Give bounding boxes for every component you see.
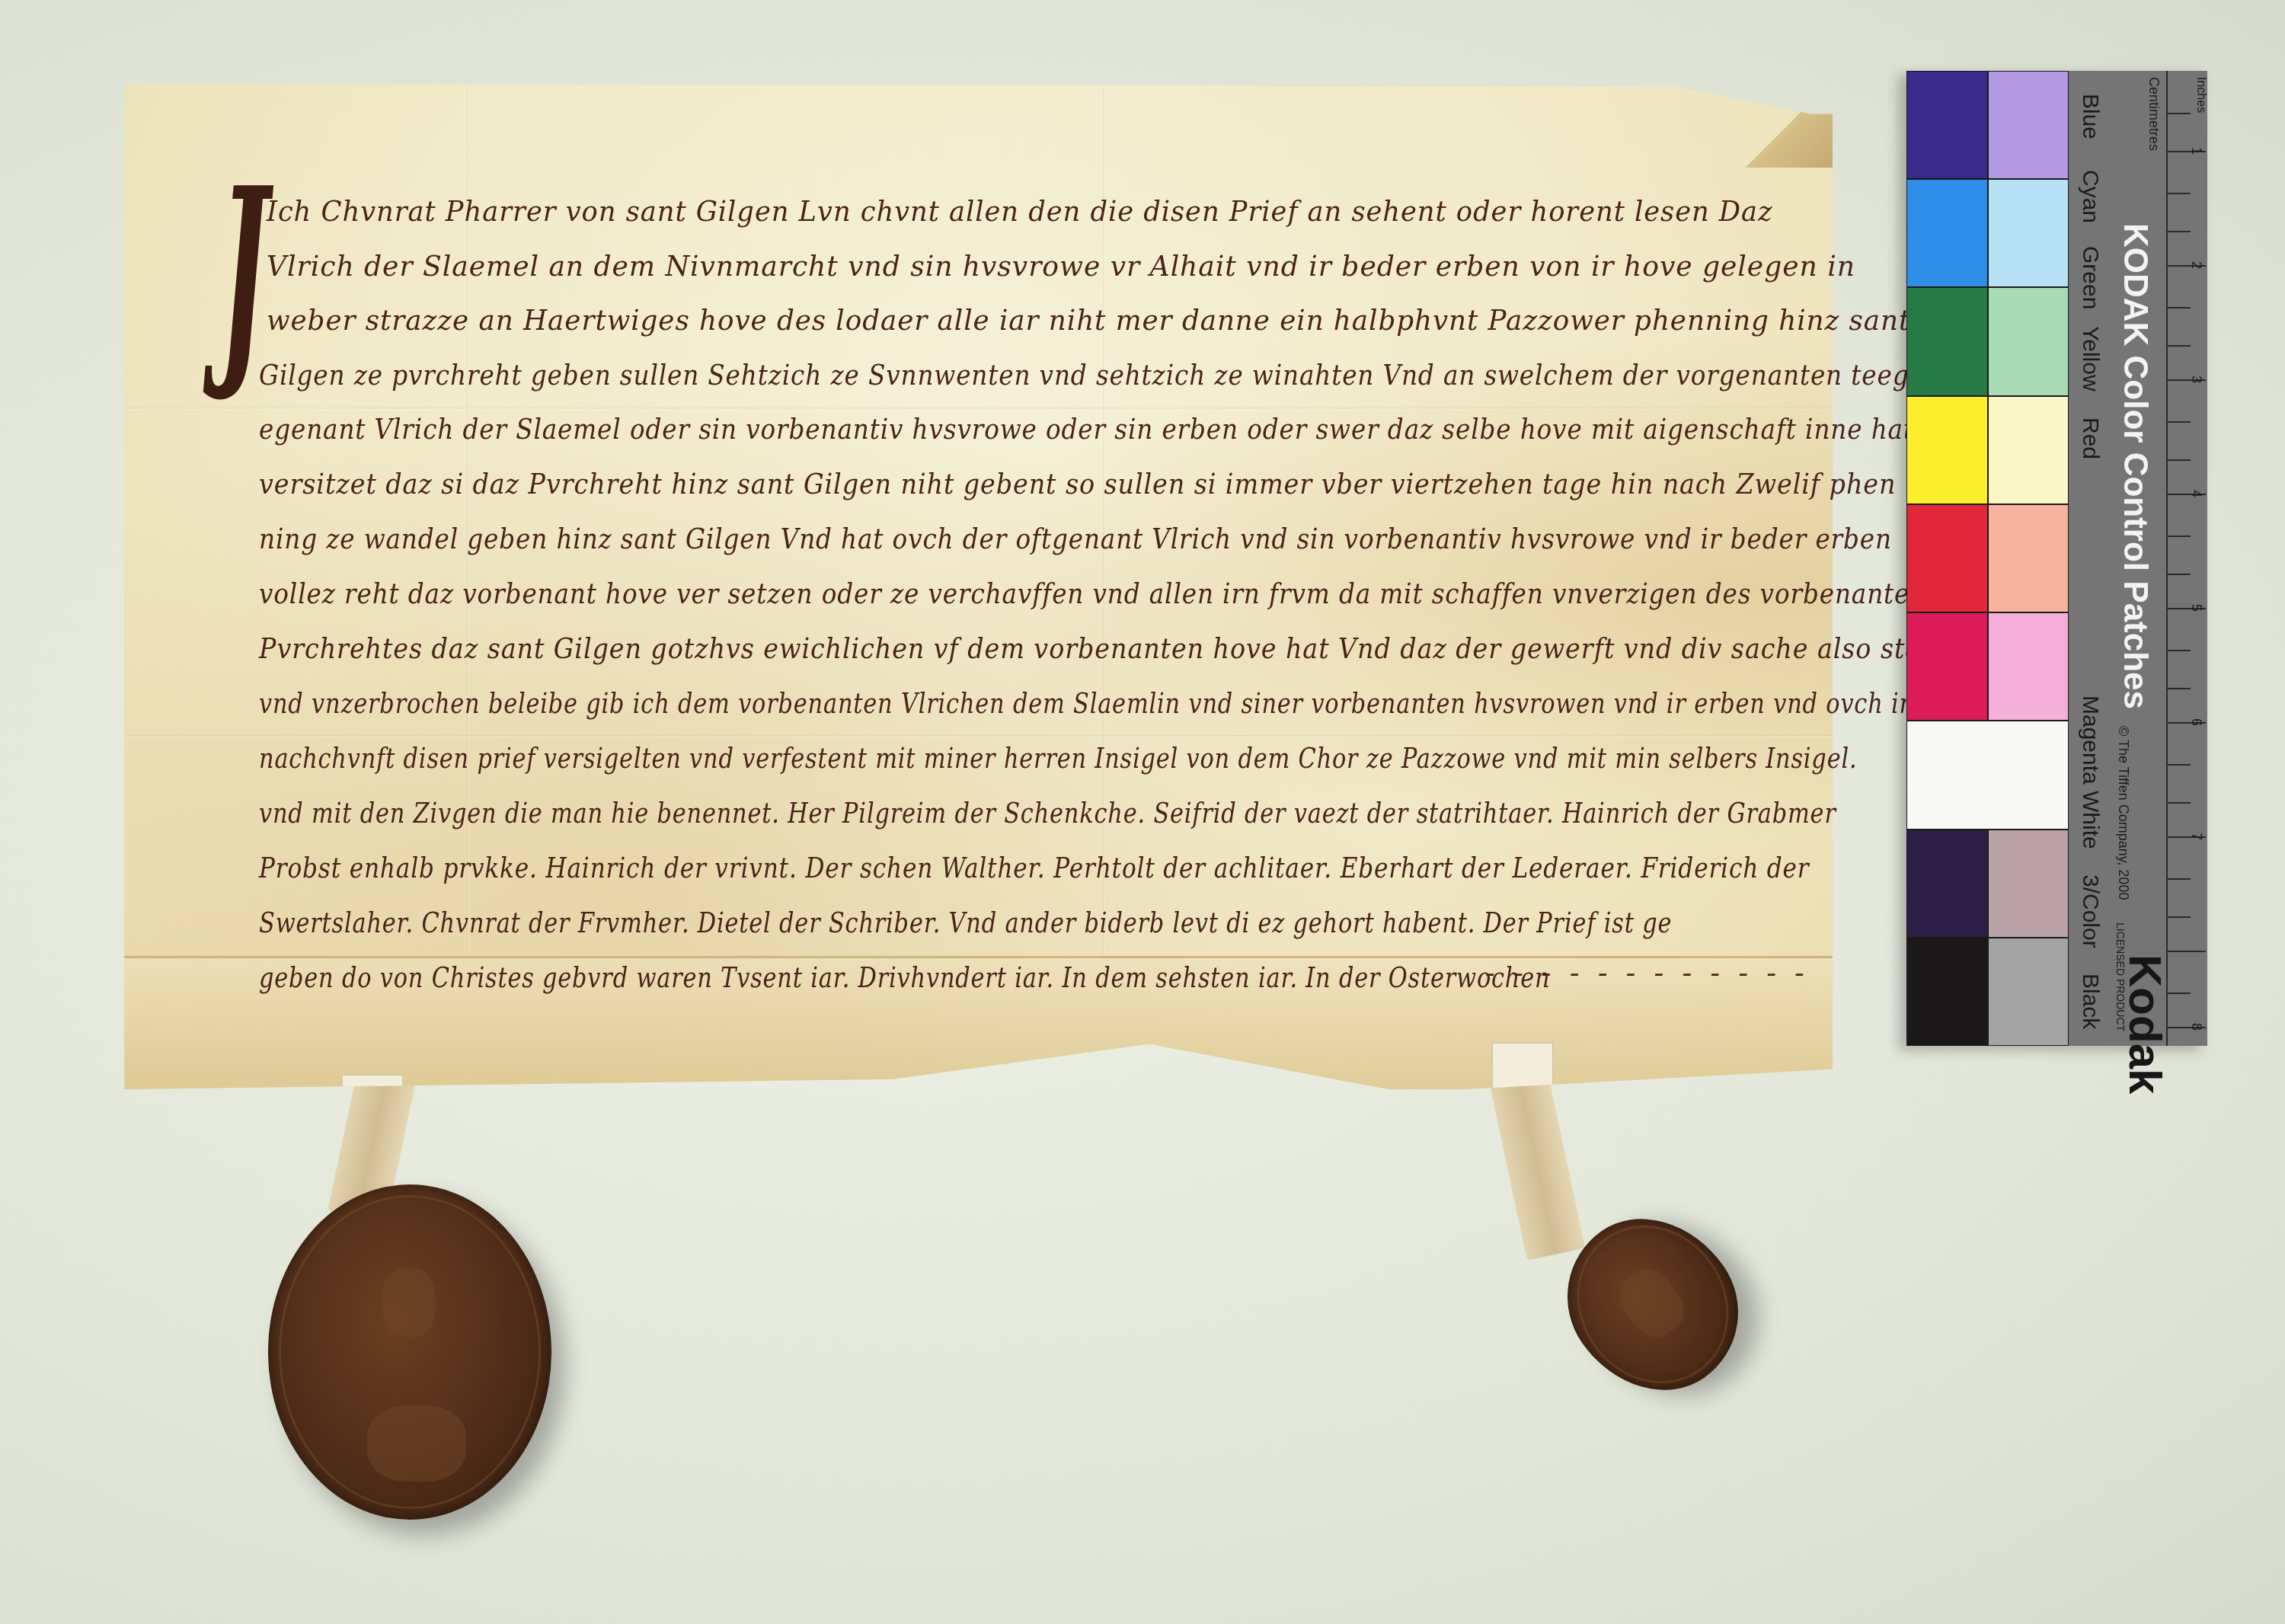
patch-blue-dark <box>1906 71 1988 179</box>
text-line: vnd vnzerbrochen beleibe gib ich dem vor… <box>259 689 1911 718</box>
patch-green-dark <box>1906 287 1988 395</box>
text-line: vnd mit den Zivgen die man hie benennet.… <box>259 798 1836 827</box>
text-line: versitzet daz si daz Pvrchreht hinz sant… <box>259 469 1896 498</box>
inch-mark-5: 5 <box>2188 604 2204 612</box>
wax-seal-left <box>268 1184 551 1520</box>
kodak-licensed: LICENSED PRODUCT <box>2114 922 2127 1031</box>
text-line: nachchvnft disen prief versigelten vnd v… <box>259 743 1857 772</box>
inch-mark-3: 3 <box>2188 376 2204 383</box>
label-cyan: Cyan <box>2077 170 2103 223</box>
text-line: vollez reht daz vorbenant hove ver setze… <box>259 579 1926 608</box>
text-line: egenant Vlrich der Slaemel oder sin vorb… <box>259 414 1914 443</box>
patch-red-dark <box>1906 504 1988 612</box>
text-line: Pvrchrehtes daz sant Gilgen gotzhvs ewic… <box>259 634 1948 663</box>
units-centimetres: Centimetres <box>2146 77 2162 151</box>
ruler-strip: KODAK Color Control Patches © The Tiffen… <box>2069 71 2207 1046</box>
patch-green-light <box>1988 287 2069 395</box>
fold-line <box>124 408 1833 410</box>
inch-mark-4: 4 <box>2188 490 2204 497</box>
patch-3color-light <box>1988 830 2069 938</box>
label-3color: 3/Color <box>2077 874 2103 948</box>
text-line: weber strazze an Haertwiges hove des lod… <box>267 305 1910 334</box>
label-green: Green <box>2077 246 2103 309</box>
decorated-initial: J <box>219 169 268 375</box>
inch-mark-6: 6 <box>2188 718 2204 726</box>
kodak-logo: Kodak <box>2119 954 2172 1094</box>
patch-black-dark <box>1906 938 1988 1046</box>
fold-line <box>124 735 1833 737</box>
color-patches <box>1906 71 2069 1046</box>
inch-mark-8: 8 <box>2188 1023 2204 1031</box>
patch-magenta-dark <box>1906 612 1988 721</box>
patch-white <box>1906 721 2069 829</box>
patch-yellow-light <box>1988 396 2069 504</box>
text-line: Vlrich der Slaemel an dem Nivnmarcht vnd… <box>267 251 1855 280</box>
patch-3color-dark <box>1906 830 1988 938</box>
label-white: White <box>2077 791 2103 849</box>
patch-blue-light <box>1988 71 2069 179</box>
label-black: Black <box>2077 973 2103 1029</box>
label-yellow: Yellow <box>2077 326 2103 392</box>
line-filler: - - - - - - - - - - - - <box>1485 958 1809 987</box>
chart-title: KODAK Color Control Patches <box>2116 223 2154 709</box>
ruler-ticks <box>2166 71 2209 1046</box>
text-line: ning ze wandel geben hinz sant Gilgen Vn… <box>259 524 1892 553</box>
kodak-color-chart: KODAK Color Control Patches © The Tiffen… <box>1906 71 2207 1046</box>
patch-magenta-light <box>1988 612 2069 721</box>
seal-figure <box>382 1268 436 1337</box>
chart-copyright: © The Tiffen Company, 2000 <box>2115 726 2131 900</box>
text-line: Gilgen ze pvrchreht geben sullen Sehtzic… <box>259 360 1962 389</box>
text-line: Ich Chvnrat Pharrer von sant Gilgen Lvn … <box>267 197 1773 225</box>
label-magenta: Magenta <box>2077 695 2103 785</box>
patch-black-light <box>1988 938 2069 1046</box>
text-line: geben do von Christes gebvrd waren Tvsen… <box>259 963 1550 992</box>
patch-red-light <box>1988 504 2069 612</box>
patch-yellow-dark <box>1906 396 1988 504</box>
patch-cyan-dark <box>1906 179 1988 287</box>
inch-mark-2: 2 <box>2188 261 2204 269</box>
inch-mark-1: 1 <box>2188 147 2204 155</box>
inch-mark-7: 7 <box>2188 833 2204 840</box>
label-blue: Blue <box>2077 94 2103 139</box>
text-line: Swertslaher. Chvnrat der Frvmher. Dietel… <box>259 908 1672 937</box>
text-line: Probst enhalb prvkke. Hainrich der vrivn… <box>259 853 1810 882</box>
seal-figure <box>367 1405 466 1482</box>
patch-cyan-light <box>1988 179 2069 287</box>
label-red: Red <box>2077 417 2103 459</box>
